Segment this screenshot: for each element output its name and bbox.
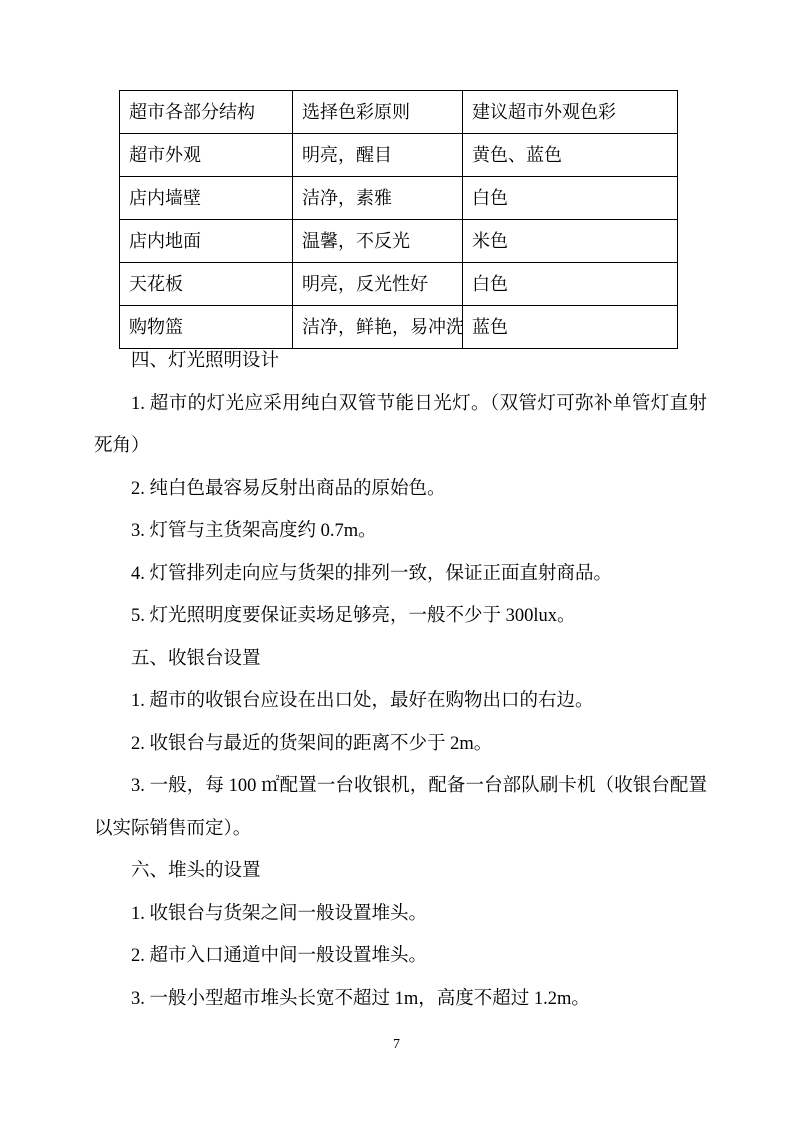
table-cell: 米色 [463,220,678,263]
table-row: 超市外观 明亮，醒目 黄色、蓝色 [120,134,678,177]
list-item-paragraph: 2. 纯白色最容易反射出商品的原始色。 [94,468,707,511]
table-cell: 店内墙壁 [120,177,293,220]
list-item-paragraph: 3. 灯管与主货架高度约 0.7m。 [94,510,707,553]
table-cell: 黄色、蓝色 [463,134,678,177]
table-header-cell: 选择色彩原则 [293,91,463,134]
table-cell: 明亮，反光性好 [293,263,463,306]
list-item-paragraph: 1. 超市的灯光应采用纯白双管节能日光灯。（双管灯可弥补单管灯直射死角） [94,383,707,468]
table-cell: 温馨，不反光 [293,220,463,263]
list-item-paragraph: 4. 灯管排列走向应与货架的排列一致，保证正面直射商品。 [94,553,707,596]
list-item-paragraph: 1. 超市的收银台应设在出口处，最好在购物出口的右边。 [94,680,707,723]
list-item-paragraph: 1. 收银台与货架之间一般设置堆头。 [94,893,707,936]
table-row: 店内墙壁 洁净，素雅 白色 [120,177,678,220]
table-cell: 洁净，素雅 [293,177,463,220]
section-heading-pile: 六、堆头的设置 [94,850,707,893]
section-heading-lighting: 四、灯光照明设计 [94,340,707,383]
table-cell: 店内地面 [120,220,293,263]
table-header-cell: 超市各部分结构 [120,91,293,134]
table-row: 店内地面 温馨，不反光 米色 [120,220,678,263]
table-header-cell: 建议超市外观色彩 [463,91,678,134]
list-item-paragraph: 2. 收银台与最近的货架间的距离不少于 2m。 [94,723,707,766]
table-cell: 白色 [463,177,678,220]
list-item-paragraph: 3. 一般，每 100 ㎡配置一台收银机，配备一台部队刷卡机（收银台配置以实际销… [94,765,707,850]
table-cell: 明亮，醒目 [293,134,463,177]
table-cell: 超市外观 [120,134,293,177]
color-scheme-table: 超市各部分结构 选择色彩原则 建议超市外观色彩 超市外观 明亮，醒目 黄色、蓝色… [119,90,678,349]
table-cell: 白色 [463,263,678,306]
list-item-paragraph: 5. 灯光照明度要保证卖场足够亮，一般不少于 300lux。 [94,595,707,638]
table-header-row: 超市各部分结构 选择色彩原则 建议超市外观色彩 [120,91,678,134]
document-page: 超市各部分结构 选择色彩原则 建议超市外观色彩 超市外观 明亮，醒目 黄色、蓝色… [0,0,793,1122]
section-heading-cashier: 五、收银台设置 [94,638,707,681]
page-number: 7 [0,1034,793,1056]
table-cell: 天花板 [120,263,293,306]
table-row: 天花板 明亮，反光性好 白色 [120,263,678,306]
document-body: 四、灯光照明设计 1. 超市的灯光应采用纯白双管节能日光灯。（双管灯可弥补单管灯… [94,340,707,1020]
list-item-paragraph: 3. 一般小型超市堆头长宽不超过 1m，高度不超过 1.2m。 [94,978,707,1021]
list-item-paragraph: 2. 超市入口通道中间一般设置堆头。 [94,935,707,978]
